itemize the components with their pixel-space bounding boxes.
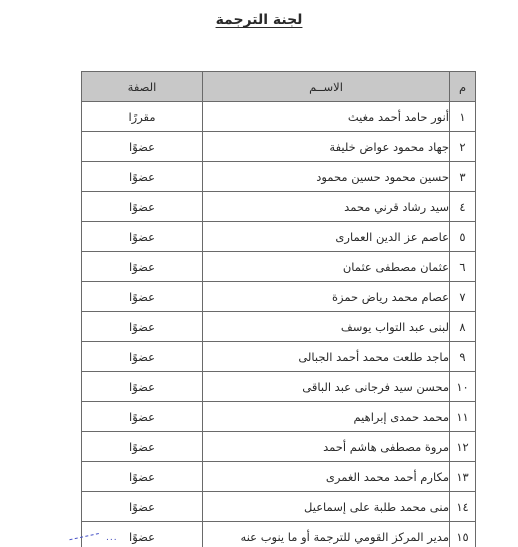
row-name: عثمان مصطفى عثمان xyxy=(203,252,450,282)
row-number: ١٢ xyxy=(450,432,476,462)
table-row: ٢جهاد محمود عواض خليفةعضوًا xyxy=(82,132,476,162)
row-role: مقررًا xyxy=(82,102,203,132)
row-name: مدير المركز القومي للترجمة أو ما ينوب عن… xyxy=(203,522,450,547)
row-name: لبنى عبد التواب يوسف xyxy=(203,312,450,342)
row-name: محمد حمدى إبراهيم xyxy=(203,402,450,432)
row-number: ٩ xyxy=(450,342,476,372)
row-number: ٨ xyxy=(450,312,476,342)
row-name: حسين محمود حسين محمود xyxy=(203,162,450,192)
row-role: عضوًا xyxy=(82,222,203,252)
row-role: عضوًا xyxy=(82,282,203,312)
row-name: أنور حامد أحمد مغيث xyxy=(203,102,450,132)
table-row: ٣حسين محمود حسين محمودعضوًا xyxy=(82,162,476,192)
row-name: ماجد طلعت محمد أحمد الجبالى xyxy=(203,342,450,372)
table-header-row: م الاســم الصفة xyxy=(82,72,476,102)
row-role: عضوًا xyxy=(82,162,203,192)
row-role: عضوًا xyxy=(82,372,203,402)
row-role: عضوًا xyxy=(82,132,203,162)
row-name: منى محمد طلبة على إسماعيل xyxy=(203,492,450,522)
row-name: مكارم أحمد محمد الغمرى xyxy=(203,462,450,492)
committee-table: م الاســم الصفة ١أنور حامد أحمد مغيثمقرر… xyxy=(81,71,476,547)
row-role: عضوًا xyxy=(82,192,203,222)
row-number: ١٤ xyxy=(450,492,476,522)
row-number: ١ xyxy=(450,102,476,132)
table-row: ١٣مكارم أحمد محمد الغمرىعضوًا xyxy=(82,462,476,492)
row-number: ٢ xyxy=(450,132,476,162)
row-name: عصام محمد رياض حمزة xyxy=(203,282,450,312)
table-row: ١٥مدير المركز القومي للترجمة أو ما ينوب … xyxy=(82,522,476,547)
header-role: الصفة xyxy=(82,72,203,102)
table-row: ١١محمد حمدى إبراهيمعضوًا xyxy=(82,402,476,432)
table-row: ٦عثمان مصطفى عثمانعضوًا xyxy=(82,252,476,282)
row-role: عضوًا xyxy=(82,252,203,282)
table-row: ١٢مروة مصطفى هاشم أحمدعضوًا xyxy=(82,432,476,462)
header-number: م xyxy=(450,72,476,102)
table-row: ٩ماجد طلعت محمد أحمد الجبالىعضوًا xyxy=(82,342,476,372)
row-number: ٤ xyxy=(450,192,476,222)
row-number: ١٣ xyxy=(450,462,476,492)
table-row: ٥عاصم عز الدين العمارىعضوًا xyxy=(82,222,476,252)
table-row: ١أنور حامد أحمد مغيثمقررًا xyxy=(82,102,476,132)
document-title: لجنة الترجمة xyxy=(0,12,518,28)
row-number: ١٥ xyxy=(450,522,476,547)
row-role: عضوًا xyxy=(82,522,203,547)
row-number: ١١ xyxy=(450,402,476,432)
table-row: ٨لبنى عبد التواب يوسفعضوًا xyxy=(82,312,476,342)
row-role: عضوًا xyxy=(82,342,203,372)
row-role: عضوًا xyxy=(82,402,203,432)
row-number: ٧ xyxy=(450,282,476,312)
row-number: ٣ xyxy=(450,162,476,192)
table-row: ٤سيد رشاد قرني محمدعضوًا xyxy=(82,192,476,222)
row-role: عضوًا xyxy=(82,432,203,462)
row-name: جهاد محمود عواض خليفة xyxy=(203,132,450,162)
table-row: ١٤منى محمد طلبة على إسماعيلعضوًا xyxy=(82,492,476,522)
row-role: عضوًا xyxy=(82,312,203,342)
row-name: مروة مصطفى هاشم أحمد xyxy=(203,432,450,462)
row-name: عاصم عز الدين العمارى xyxy=(203,222,450,252)
row-number: ٦ xyxy=(450,252,476,282)
table-row: ١٠محسن سيد فرجانى عبد الباقىعضوًا xyxy=(82,372,476,402)
row-number: ٥ xyxy=(450,222,476,252)
row-role: عضوًا xyxy=(82,492,203,522)
pen-dots-mark: ... xyxy=(106,533,118,543)
document-title-text: لجنة الترجمة xyxy=(216,12,303,28)
table-row: ٧عصام محمد رياض حمزةعضوًا xyxy=(82,282,476,312)
row-role: عضوًا xyxy=(82,462,203,492)
row-name: محسن سيد فرجانى عبد الباقى xyxy=(203,372,450,402)
row-number: ١٠ xyxy=(450,372,476,402)
header-name: الاســم xyxy=(203,72,450,102)
row-name: سيد رشاد قرني محمد xyxy=(203,192,450,222)
